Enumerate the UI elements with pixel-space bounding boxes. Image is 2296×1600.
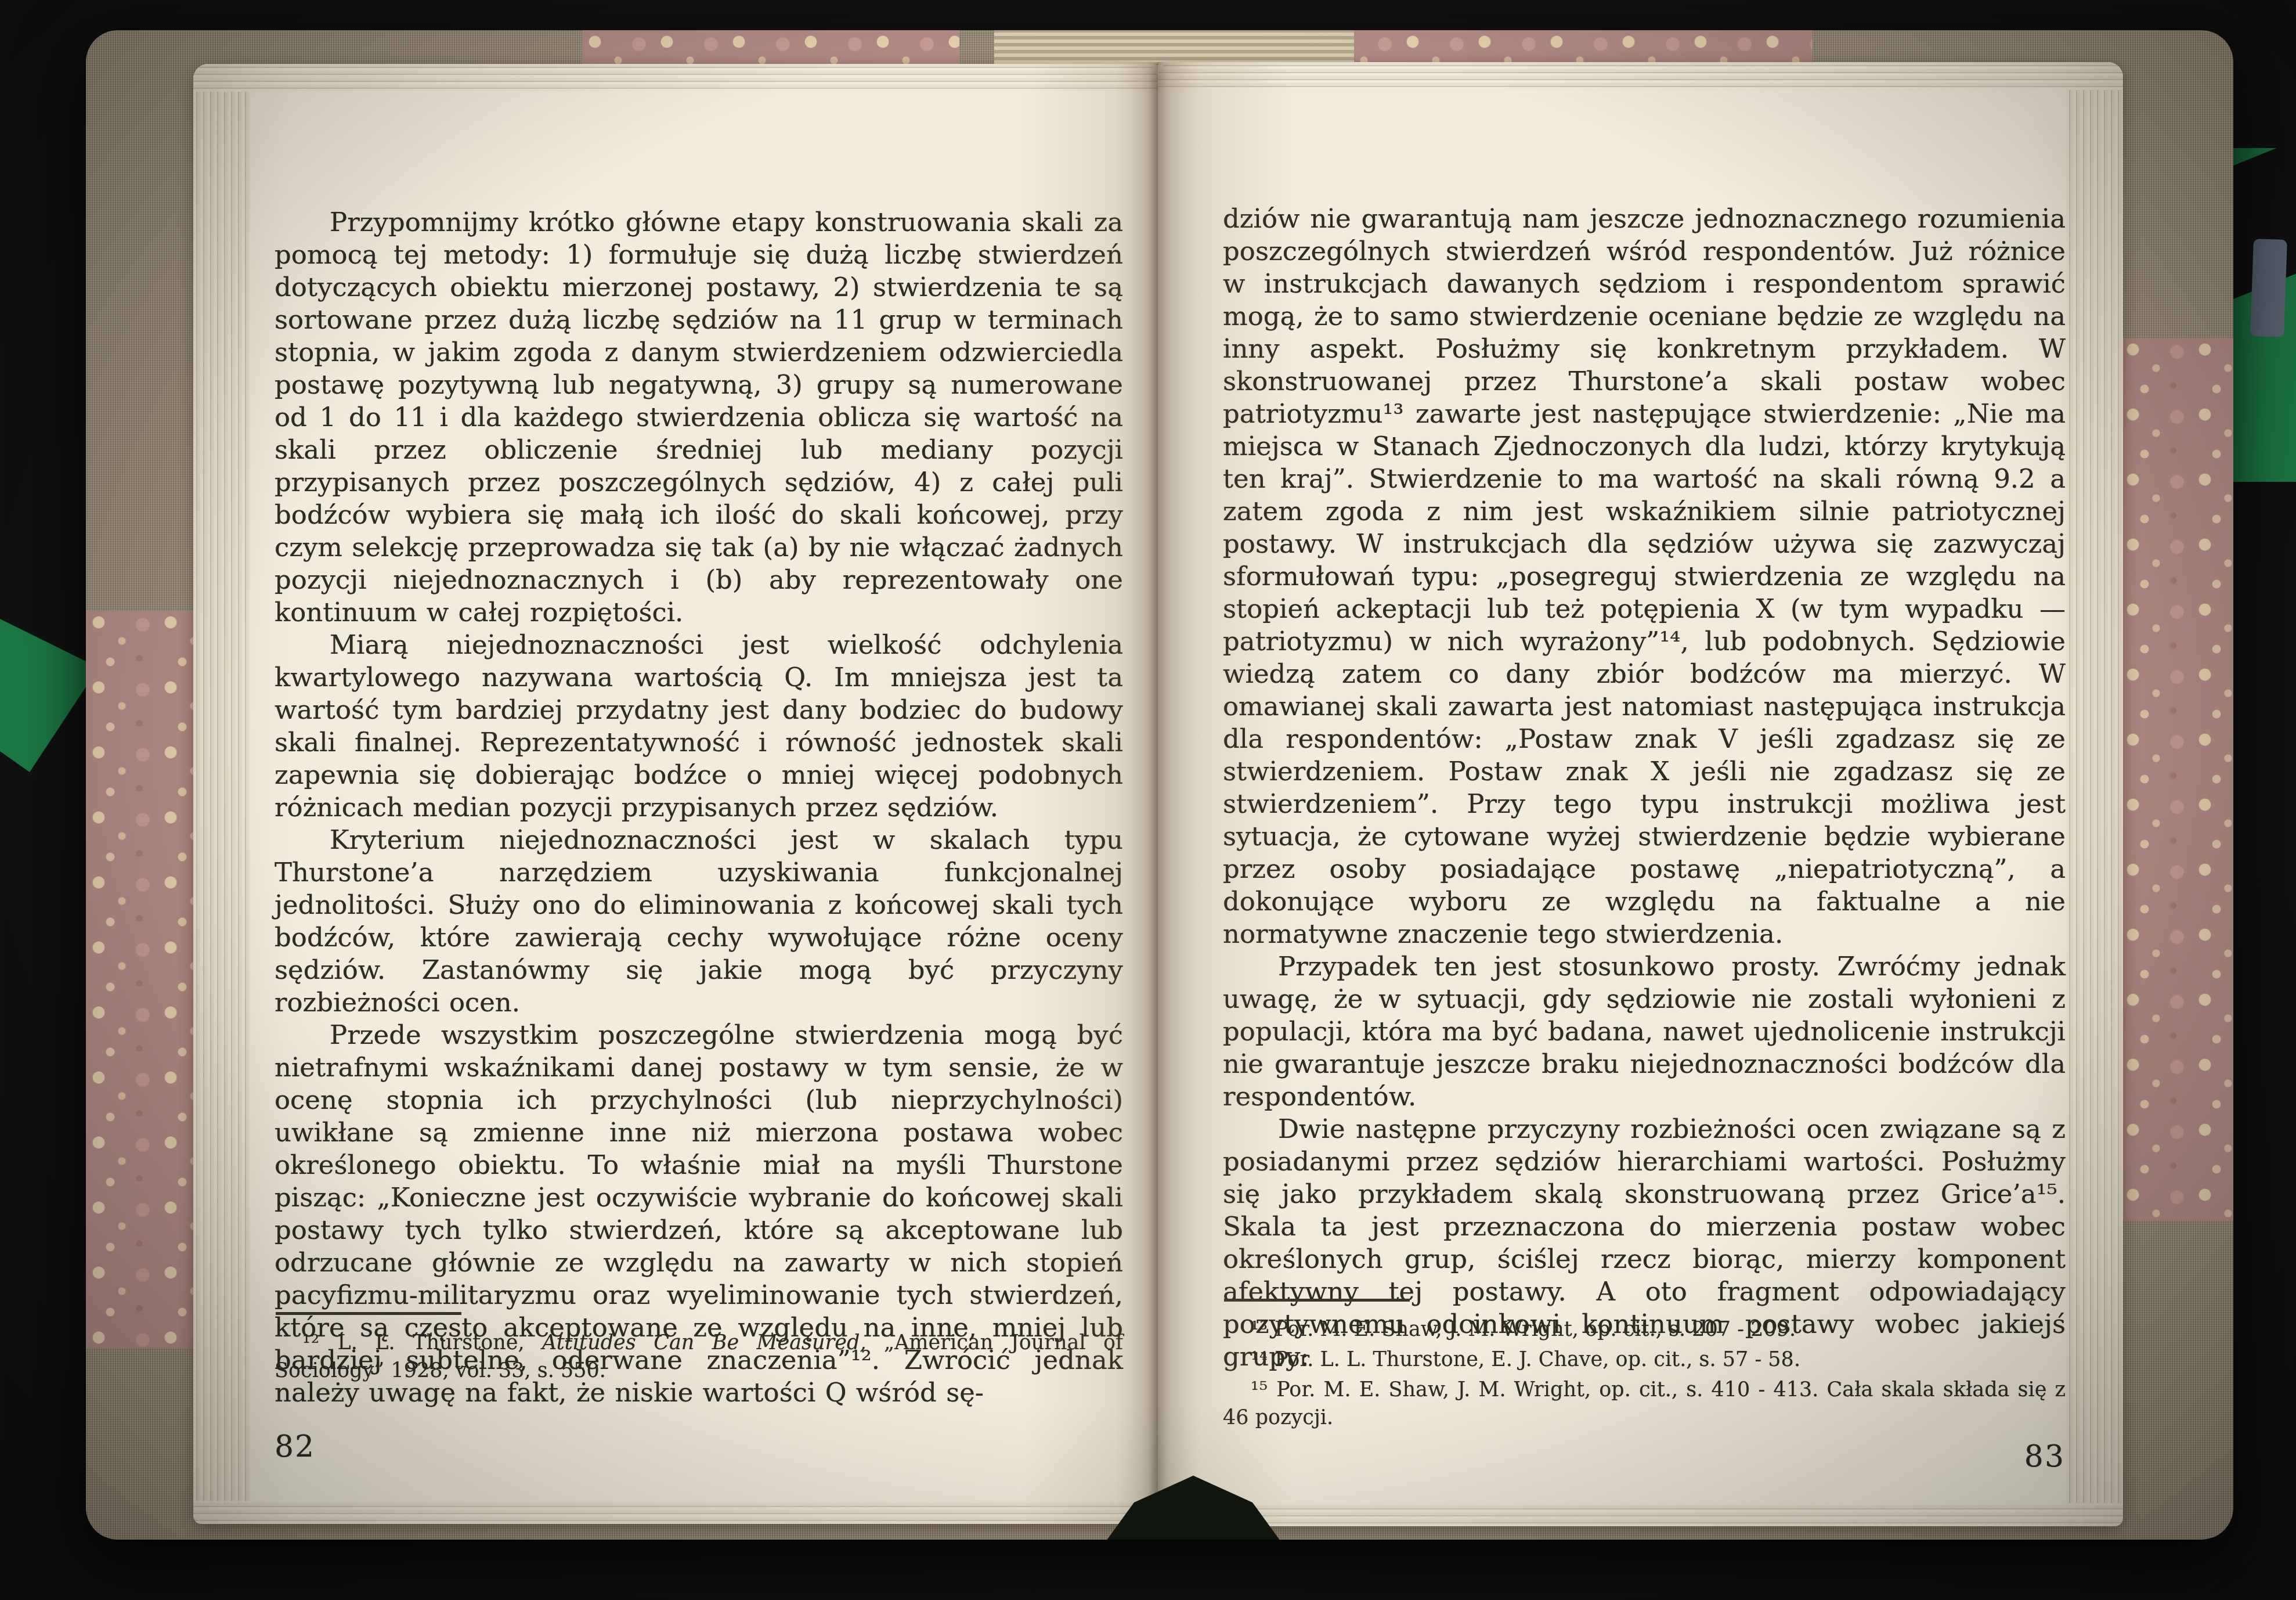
paragraph: Przypomnijmy krótko główne etapy konstru… (275, 206, 1123, 629)
left-page: Przypomnijmy krótko główne etapy konstru… (193, 64, 1158, 1524)
cover-floral-paper-left (86, 611, 199, 1348)
page-edge-stack-bottom (193, 1501, 1158, 1524)
footnote: ¹⁴ Por. L. L. Thurstone, E. J. Chave, op… (1223, 1346, 2066, 1374)
footnote-text: Por. M. E. Shaw, J. M. Wright, op. cit.,… (1268, 1318, 1796, 1341)
footnote-rule (276, 1312, 461, 1315)
footnote-rule (1224, 1299, 1410, 1302)
background-blue-object (2250, 239, 2287, 337)
right-page: dziów nie gwarantują nam jeszcze jednozn… (1158, 62, 2123, 1526)
footnote-marker: ¹⁴ (1251, 1348, 1268, 1371)
open-book: Przypomnijmy krótko główne etapy konstru… (86, 30, 2233, 1540)
page-edge-stack-right (2066, 62, 2123, 1526)
left-page-text: Przypomnijmy krótko główne etapy konstru… (275, 206, 1123, 1409)
footnote: ¹² L. L. Thurstone, Attitudes Can Be Mea… (275, 1329, 1123, 1385)
page-number-right: 83 (2024, 1439, 2065, 1474)
page-edge-stack-top (193, 64, 1158, 92)
footnote-text: Por. M. E. Shaw, J. M. Wright, op. cit.,… (1223, 1378, 2066, 1429)
paragraph: Miarą niejednoznaczności jest wielkość o… (275, 629, 1123, 824)
paragraph: dziów nie gwarantują nam jeszcze jednozn… (1223, 203, 2066, 950)
page-edge-stack-left (193, 64, 250, 1524)
background-green-wedge-left (0, 598, 99, 772)
page-edge-stack-bottom (1158, 1503, 2123, 1526)
footnote-marker: ¹⁵ (1251, 1378, 1268, 1401)
footnote-marker: ¹³ (1251, 1318, 1268, 1341)
photo-backdrop: Przypomnijmy krótko główne etapy konstru… (0, 0, 2296, 1600)
footnote: ¹⁵ Por. M. E. Shaw, J. M. Wright, op. ci… (1223, 1376, 2066, 1432)
footnotes: ¹² L. L. Thurstone, Attitudes Can Be Mea… (275, 1312, 1123, 1387)
footnote-marker: ¹² (302, 1331, 320, 1354)
cover-floral-paper-right (2120, 338, 2233, 1220)
footnote: ¹³ Por. M. E. Shaw, J. M. Wright, op. ci… (1223, 1316, 2066, 1343)
footnotes: ¹³ Por. M. E. Shaw, J. M. Wright, op. ci… (1223, 1299, 2066, 1434)
footnote-text: Por. L. L. Thurstone, E. J. Chave, op. c… (1268, 1348, 1800, 1371)
page-number-left: 82 (275, 1429, 315, 1464)
footnote-text: L. L. Thurstone, (320, 1331, 542, 1354)
right-page-text: dziów nie gwarantują nam jeszcze jednozn… (1223, 203, 2066, 1373)
paragraph: Przypadek ten jest stosunkowo prosty. Zw… (1223, 950, 2066, 1113)
paragraph: Kryterium niejednoznaczności jest w skal… (275, 824, 1123, 1019)
page-edge-stack-top (1158, 62, 2123, 90)
footnote-title-italic: Attitudes Can Be Measured, (542, 1331, 866, 1354)
